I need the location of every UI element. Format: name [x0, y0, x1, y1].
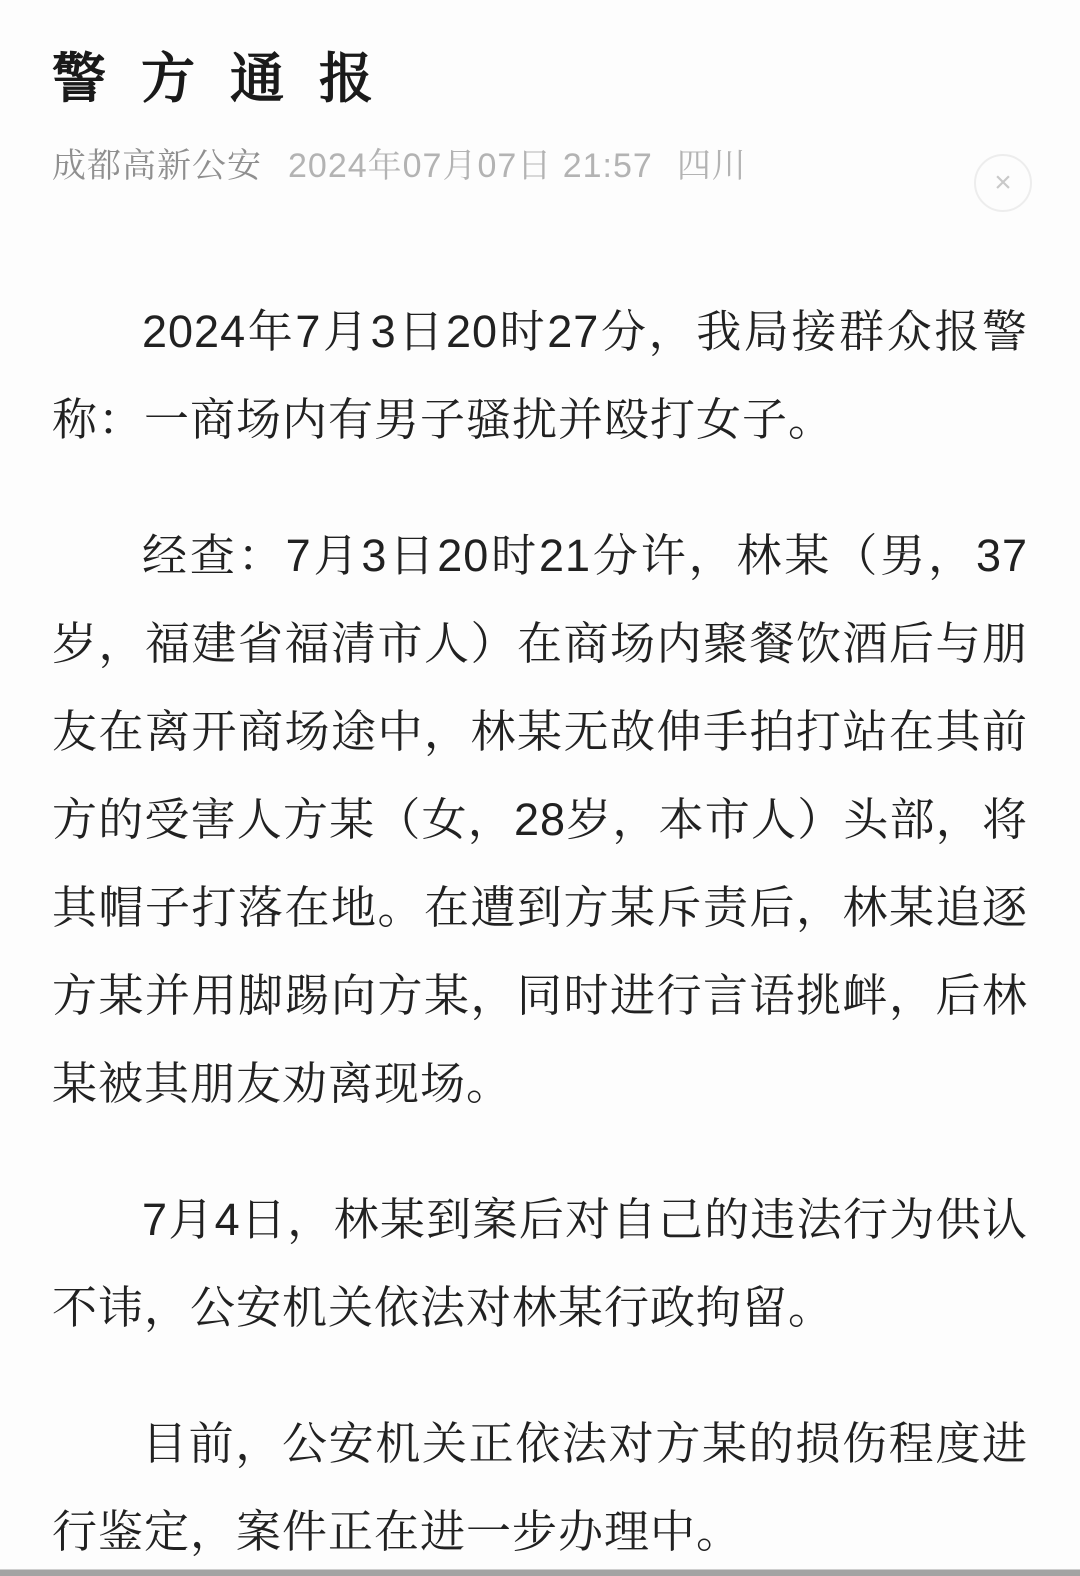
byline-datetime: 2024年07月07日 21:57: [288, 144, 653, 188]
paragraph-investigation: 经查：7月3日20时21分许，林某（男，37岁，福建省福清市人）在商场内聚餐饮酒…: [52, 512, 1028, 1128]
close-icon[interactable]: ×: [974, 154, 1032, 212]
notice-body: 2024年7月3日20时27分，我局接群众报警称：一商场内有男子骚扰并殴打女子。…: [52, 288, 1028, 1576]
paragraph-status: 目前，公安机关正依法对方某的损伤程度进行鉴定，案件正在进一步办理中。: [52, 1400, 1028, 1576]
page-title: 警 方 通 报: [52, 44, 1028, 114]
police-notice-page: 警 方 通 报 成都高新公安 2024年07月07日 21:57 四川 × 20…: [0, 0, 1080, 1576]
byline-source[interactable]: 成都高新公安: [52, 144, 262, 188]
bottom-edge-bar: [0, 1569, 1080, 1576]
byline: 成都高新公安 2024年07月07日 21:57 四川: [52, 144, 1028, 188]
paragraph-detention: 7月4日，林某到案后对自己的违法行为供认不讳，公安机关依法对林某行政拘留。: [52, 1176, 1028, 1352]
paragraph-report: 2024年7月3日20时27分，我局接群众报警称：一商场内有男子骚扰并殴打女子。: [52, 288, 1028, 464]
byline-region: 四川: [677, 144, 747, 188]
